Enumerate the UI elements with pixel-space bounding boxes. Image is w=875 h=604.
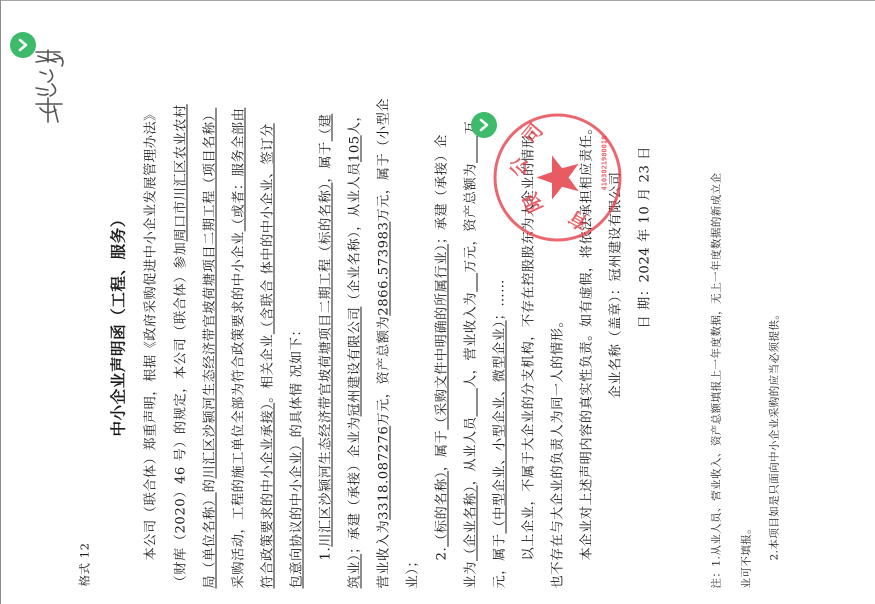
item1-subject-name: 川汇区沙颍河生态经济带官坡荷塘项目二期工程（标的名称） [318, 182, 333, 546]
chevron-right-icon [477, 118, 491, 132]
stamp-code: 4103021980010 [600, 135, 608, 190]
purchaser-name: 周口市川汇区农业农村 [173, 104, 188, 241]
item1-employees: 105 [347, 135, 362, 162]
item2-company-name: （企业名称） [463, 485, 478, 561]
intro-line-3: 局（单位名称）的川汇区沙颍河生态经济带官坡荷塘项目二期工程（项目名称） [202, 107, 218, 588]
stamp-char: 有 [563, 204, 593, 237]
intro-line-6-text: 的具体情 况如下： [289, 322, 304, 437]
closing-line-2: 也不存在与大企业的负责人为同一人的情形。 [550, 313, 566, 588]
item1-text-b: ；承建（承接）企业为 [347, 416, 362, 553]
check-badge-seal[interactable] [471, 112, 497, 138]
item2-line-1: 2.（标的名称），属于（采购文件中明确的所属行业）；承建（承接）企 [434, 134, 450, 560]
intro-line-4-underlined: （或者：服务全部由 [231, 107, 246, 231]
intro-line-2-text: （财库（2020）46 号）的规定，本公司（联合体）参加 [173, 241, 188, 588]
stamp-char: 公 [503, 155, 533, 178]
item2-text-c: 业为 [463, 561, 478, 588]
item2-enterprise-type: （中型企业、小型企业、微型企业） [492, 320, 507, 533]
item2-assets-blank [463, 134, 478, 162]
item1-line-3: 营业收入为3318.087276万元，资产总额为2866.573983万元，属于… [376, 97, 392, 588]
item2-revenue-blank [463, 272, 478, 291]
item1-industry-end: 筑业） [347, 553, 362, 588]
date-line: 日 期：2024 年 10 月 23 日 [637, 146, 653, 328]
item1-number: 1. [318, 546, 333, 560]
item1-company-name: 冠州建设有限公司 [347, 306, 362, 416]
intro-line-4: 采购活动，工程的施工单位全部为符合政策要求的中小企业（或者：服务全部由 [231, 107, 247, 588]
intro-line-5-underlined-2: （含联合 体中的中小企业、签订分 [260, 123, 275, 334]
format-label: 格式 12 [76, 542, 92, 586]
project-name: 川汇区沙颍河生态经济带官坡荷塘项目二期工程（项目名称） [202, 107, 217, 478]
item1-text-e: 营业收入为 [376, 519, 391, 588]
item2-text-a: ，属于 [434, 429, 449, 470]
item2-employees-blank [463, 388, 478, 416]
intro-line-1: 本公司（联合体）郑重声明，根据《政府采购促进中小企业发展管理办法》 [143, 107, 159, 560]
item1-text-g: 万元，属于（小型企 [376, 97, 391, 221]
document-title: 中小企业声明函（工程、服务） [110, 211, 126, 436]
note-2: 2.本项目如是只面向中小企业采购的应当必须提供。 [766, 308, 782, 560]
note-1-line-2: 业可不填报。 [738, 522, 754, 588]
item2-text-f: 万元，资产总额为 [463, 163, 478, 273]
item1-industry-start: （建 [318, 113, 333, 140]
company-seal-stamp: 有 限 公 司 4103021980010 [493, 113, 621, 241]
intro-line-5: 符合政策要求的中小企业承接）。相关企业（含联合 体中的中小企业、签订分 [260, 123, 276, 588]
item2-text-h: 元，属于 [492, 533, 507, 588]
intro-line-5-text: 。相关企业 [260, 334, 275, 403]
intro-line-2: （财库（2020）46 号）的规定，本公司（联合体）参加周口市川汇区农业农村 [173, 104, 189, 588]
stamp-char: 司 [515, 117, 548, 149]
unit-name-label: 局（单位名称） [202, 492, 217, 588]
item1-line-1: 1.川汇区沙颍河生态经济带官坡荷塘项目二期工程（标的名称），属于（建 [318, 113, 334, 560]
item2-text-d: ，从业人员 [463, 416, 478, 485]
item1-text-d: 人， [347, 107, 362, 134]
intro-line-6: 包意向协议的中小企业）的具体情 况如下： [289, 322, 305, 588]
intro-line-3-text: 的 [202, 478, 217, 492]
item1-text-a: ，属于 [318, 141, 333, 182]
item2-line-3: 元，属于（中型企业、小型企业、微型企业）；…… [492, 279, 508, 588]
note-1-line-1: 注：1.从业人员、营业收入、资产总额填报上一年度数据，无上一年度数据的新成立企 [708, 172, 724, 588]
item1-text-f: 万元，资产总额为 [376, 315, 391, 425]
item2-industry: （采购文件中明确的所属行业） [434, 244, 449, 430]
item2-subject-name: （标的名称） [434, 470, 449, 546]
document-page-rotated: 格式 12 中小企业声明函（工程、服务） 本公司（联合体）郑重声明，根据《政府采… [0, 0, 875, 604]
item2-number: 2. [434, 546, 449, 560]
item1-total-assets: 2866.573983 [376, 221, 391, 315]
item2-text-i: ；…… [492, 279, 507, 320]
intro-line-4-text: 采购活动，工程的施工单位全部为符合政策要求的中小企业 [231, 231, 246, 588]
item2-text-b: ；承建（承接）企 [434, 134, 449, 244]
intro-line-5-underlined-1: 符合政策要求的中小企业承接） [260, 402, 275, 588]
item2-line-2: 业为（企业名称），从业人员 人，营业收入为 万元，资产总额为 万 [463, 120, 479, 588]
intro-line-6-underlined: 包意向协议的中小企业） [289, 437, 304, 588]
handwritten-signature: 黄纪涛 [26, 48, 70, 128]
item1-revenue: 3318.087276 [376, 425, 391, 519]
item1-line-4: 业）； [405, 553, 421, 588]
item1-text-c: （企业名称），从业人员 [347, 162, 362, 307]
item1-line-2: 筑业）；承建（承接）企业为冠州建设有限公司（企业名称），从业人员105人， [347, 107, 363, 588]
item2-text-e: 人，营业收入为 [463, 291, 478, 387]
